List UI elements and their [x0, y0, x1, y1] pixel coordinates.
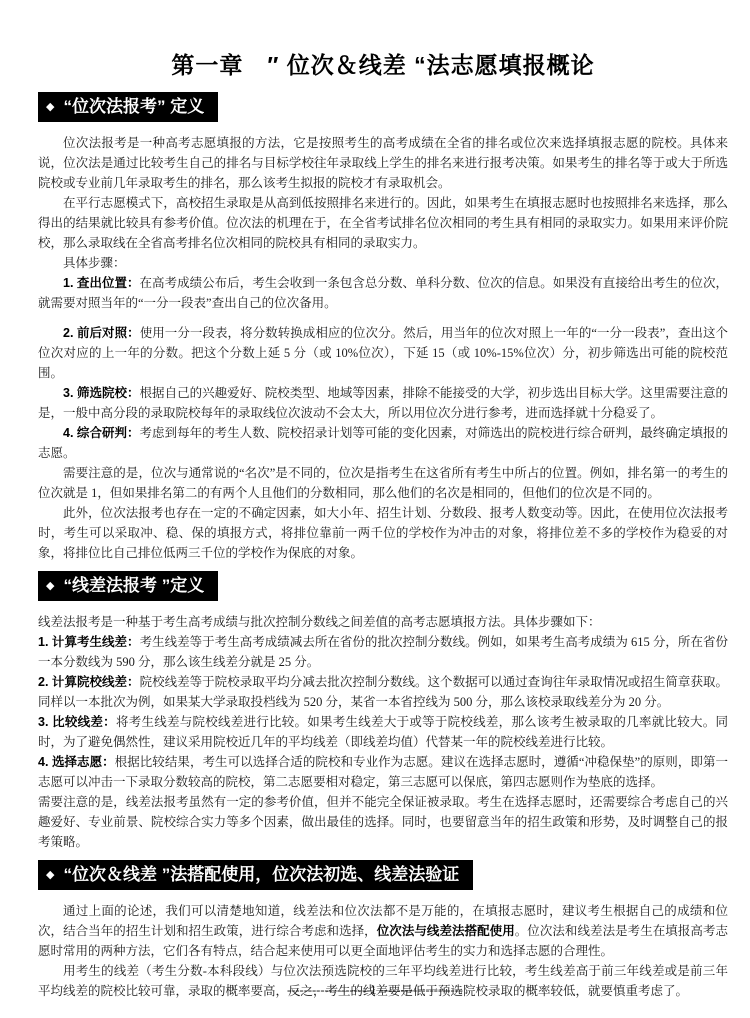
- text-run: 具体步骤：: [63, 256, 126, 270]
- bold-text-run: 4. 选择志愿：: [38, 755, 115, 769]
- page-footer: --------------------1 ------------------…: [0, 983, 750, 998]
- bold-text-run: 3. 筛选院校：: [63, 386, 140, 400]
- paragraph: 线差法报考是一种基于考生高考成绩与批次控制分数线之间差值的高考志愿填报方法。具体…: [38, 612, 728, 632]
- paragraph: 1. 计算考生线差：考生线差等于考生高考成绩减去所在省份的批次控制分数线。例如，…: [38, 632, 728, 672]
- text-run: 位次法报考是一种高考志愿填报的方法，它是按照考生的高考成绩在全省的排名或位次来选…: [38, 136, 728, 190]
- chapter-title: 第一章 ″ 位次＆线差 “法志愿填报概论: [38, 50, 728, 80]
- bold-text-run: 4. 综合研判：: [63, 426, 140, 440]
- text-run: 此外，位次法报考也存在一定的不确定因素，如大小年、招生计划、分数段、报考人数变动…: [38, 506, 728, 560]
- text-run: 需要注意的是，线差法报考虽然有一定的参考价值，但并不能完全保证被录取。考生在选择…: [38, 795, 728, 849]
- text-run: 将考生线差与院校线差进行比较。如果考生线差大于或等于院校线差，那么该考生被录取的…: [38, 715, 728, 749]
- paragraph: 2. 前后对照：使用一分一段表，将分数转换成相应的位次分。然后，用当年的位次对照…: [38, 323, 728, 383]
- paragraph: 位次法报考是一种高考志愿填报的方法，它是按照考生的高考成绩在全省的排名或位次来选…: [38, 133, 728, 193]
- section-heading-text: “位次法报考” 定义: [63, 97, 204, 116]
- text-run: 根据比较结果，考生可以选择合适的院校和专业作为志愿。建议在选择志愿时，遵循“冲稳…: [38, 755, 728, 789]
- section-heading-text: “线差法报考 ”定义: [63, 576, 204, 595]
- bold-text-run: 2. 计算院校线差：: [38, 675, 140, 689]
- bold-text-run: 1. 查出位置：: [63, 276, 140, 290]
- text-run: 考虑到每年的考生人数、院校招录计划等可能的变化因素，对筛选出的院校进行综合研判，…: [38, 426, 728, 460]
- paragraph: 需要注意的是，线差法报考虽然有一定的参考价值，但并不能完全保证被录取。考生在选择…: [38, 792, 728, 852]
- text-run: 线差法报考是一种基于考生高考成绩与批次控制分数线之间差值的高考志愿填报方法。具体…: [38, 615, 601, 629]
- text-run: 院校线差等于院校录取平均分减去批次控制分数线。这个数据可以通过查询往年录取情况或…: [38, 675, 728, 709]
- paragraph: 需要注意的是，位次与通常说的“名次”是不同的，位次是指考生在这省所有考生中所占的…: [38, 463, 728, 503]
- section: ◆“线差法报考 ”定义线差法报考是一种基于考生高考成绩与批次控制分数线之间差值的…: [38, 563, 728, 852]
- section: ◆“位次＆线差 ”法搭配使用，位次法初选、线差法验证通过上面的论述，我们可以清楚…: [38, 852, 728, 1001]
- document-body: ◆“位次法报考” 定义位次法报考是一种高考志愿填报的方法，它是按照考生的高考成绩…: [38, 84, 728, 1001]
- bold-text-run: 1. 计算考生线差：: [38, 635, 140, 649]
- text-run: 考生线差等于考生高考成绩减去所在省份的批次控制分数线。例如，如果考生高考成绩为 …: [38, 635, 728, 669]
- paragraph: 4. 选择志愿：根据比较结果，考生可以选择合适的院校和专业作为志愿。建议在选择志…: [38, 752, 728, 792]
- paragraph: 3. 比较线差：将考生线差与院校线差进行比较。如果考生线差大于或等于院校线差，那…: [38, 712, 728, 752]
- page-number-line: --------------------1 ------------------…: [287, 983, 463, 997]
- bold-text-run: 2. 前后对照：: [63, 326, 140, 340]
- section: ◆“位次法报考” 定义位次法报考是一种高考志愿填报的方法，它是按照考生的高考成绩…: [38, 84, 728, 563]
- document-page: 第一章 ″ 位次＆线差 “法志愿填报概论 ◆“位次法报考” 定义位次法报考是一种…: [0, 0, 750, 1018]
- diamond-icon: ◆: [46, 575, 54, 597]
- section-heading: ◆“线差法报考 ”定义: [38, 571, 218, 601]
- diamond-icon: ◆: [46, 96, 54, 118]
- section-heading: ◆“位次＆线差 ”法搭配使用，位次法初选、线差法验证: [38, 860, 473, 890]
- paragraph: 在平行志愿模式下，高校招生录取是从高到低按照排名来进行的。因此，如果考生在填报志…: [38, 193, 728, 253]
- paragraph: 3. 筛选院校：根据自己的兴趣爱好、院校类型、地域等因素，排除不能接受的大学，初…: [38, 383, 728, 423]
- bold-text-run: 位次法与线差法搭配使用: [377, 924, 515, 938]
- bold-text-run: 3. 比较线差：: [38, 715, 116, 729]
- diamond-icon: ◆: [46, 864, 54, 886]
- section-heading: ◆“位次法报考” 定义: [38, 92, 218, 122]
- paragraph: 1. 查出位置：在高考成绩公布后，考生会收到一条包含总分数、单科分数、位次的信息…: [38, 273, 728, 313]
- text-run: 使用一分一段表，将分数转换成相应的位次分。然后，用当年的位次对照上一年的“一分一…: [38, 326, 728, 380]
- text-run: 需要注意的是，位次与通常说的“名次”是不同的，位次是指考生在这省所有考生中所占的…: [38, 466, 728, 500]
- paragraph: 此外，位次法报考也存在一定的不确定因素，如大小年、招生计划、分数段、报考人数变动…: [38, 503, 728, 563]
- paragraph: 通过上面的论述，我们可以清楚地知道，线差法和位次法都不是万能的，在填报志愿时，建…: [38, 901, 728, 961]
- paragraph: 2. 计算院校线差：院校线差等于院校录取平均分减去批次控制分数线。这个数据可以通…: [38, 672, 728, 712]
- text-run: 在平行志愿模式下，高校招生录取是从高到低按照排名来进行的。因此，如果考生在填报志…: [38, 196, 728, 250]
- paragraph: 4. 综合研判：考虑到每年的考生人数、院校招录计划等可能的变化因素，对筛选出的院…: [38, 423, 728, 463]
- text-run: 根据自己的兴趣爱好、院校类型、地域等因素，排除不能接受的大学，初步选出目标大学。…: [38, 386, 728, 420]
- text-run: 在高考成绩公布后，考生会收到一条包含总分数、单科分数、位次的信息。如果没有直接给…: [38, 276, 728, 310]
- paragraph: 具体步骤：: [38, 253, 728, 273]
- section-heading-text: “位次＆线差 ”法搭配使用，位次法初选、线差法验证: [63, 865, 459, 884]
